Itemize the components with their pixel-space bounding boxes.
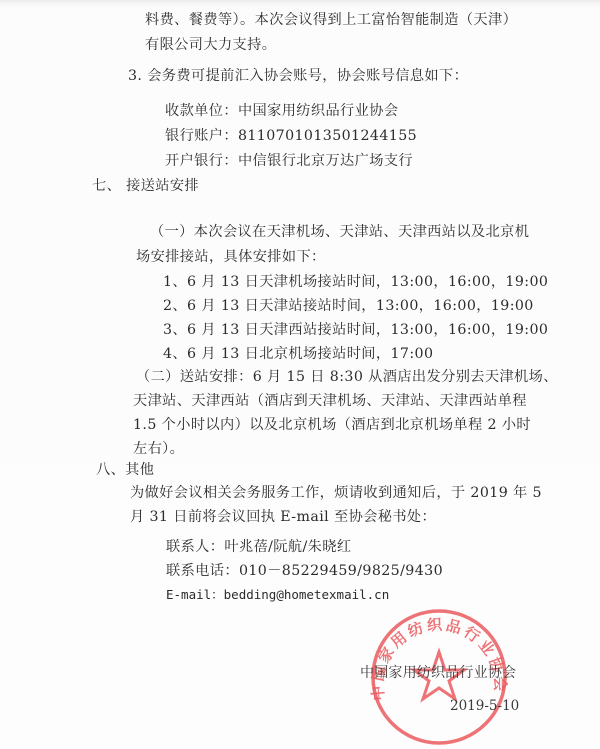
section-7-part1-line: 场安排接站，具体安排如下： xyxy=(136,247,326,267)
dropoff-line: 天津站、天津西站（酒店到天津机场、天津站、天津西站单程 xyxy=(133,391,527,411)
document-page: 料费、餐费等）。本次会议得到上工富怡智能制造（天津） 有限公司大力支持。 3. … xyxy=(0,0,600,749)
signature-date: 2019-5-10 xyxy=(450,697,519,715)
paragraph-continuation-line: 料费、餐费等）。本次会议得到上工富怡智能制造（天津） xyxy=(145,10,517,30)
contact-email: E-mail：bedding@hometexmail.cn xyxy=(166,585,389,605)
contact-phone: 联系电话：010－85229459/9825/9430 xyxy=(166,561,443,581)
contact-person: 联系人：叶兆蓓/阮航/朱晓红 xyxy=(166,537,351,557)
section-7-part1-line: （一）本次会议在天津机场、天津站、天津西站以及北京机 xyxy=(150,222,529,242)
payee-line: 收款单位：中国家用纺织品行业协会 xyxy=(165,101,398,121)
dropoff-line: （二）送站安排：6 月 15 日 8:30 从酒店出发分别去天津机场、 xyxy=(136,367,558,387)
bank-name-line: 开户银行：中信银行北京万达广场支行 xyxy=(165,151,413,171)
section-8-heading: 八、其他 xyxy=(96,460,154,480)
pickup-schedule-item: 4、6 月 13 日北京机场接站时间，17:00 xyxy=(163,344,433,364)
pickup-schedule-item: 1、6 月 13 日天津机场接站时间，13:00，16:00，19:00 xyxy=(163,272,548,292)
pickup-schedule-item: 2、6 月 13 日天津站接站时间，13:00，16:00，19:00 xyxy=(163,296,534,316)
item-3-text: 3. 会务费可提前汇入协会账号，协会账号信息如下： xyxy=(128,66,468,86)
section-7-heading: 七、 接送站安排 xyxy=(92,176,199,196)
paragraph-continuation-line: 有限公司大力支持。 xyxy=(145,35,276,55)
dropoff-line: 左右）。 xyxy=(133,439,184,459)
pickup-schedule-item: 3、6 月 13 日天津西站接站时间，13:00，16:00，19:00 xyxy=(163,320,548,340)
section-8-body-line: 月 31 日前将会议回执 E-mail 至协会秘书处： xyxy=(130,507,436,527)
dropoff-line: 1.5 个小时以内）以及北京机场（酒店到北京机场单程 2 小时 xyxy=(133,415,531,435)
bank-account-line: 银行账户：8110701013501244155 xyxy=(165,126,417,146)
section-8-body-line: 为做好会议相关会务服务工作，烦请收到通知后，于 2019 年 5 xyxy=(130,483,542,503)
signature-organization: 中国家用纺织品行业协会 xyxy=(360,664,516,682)
